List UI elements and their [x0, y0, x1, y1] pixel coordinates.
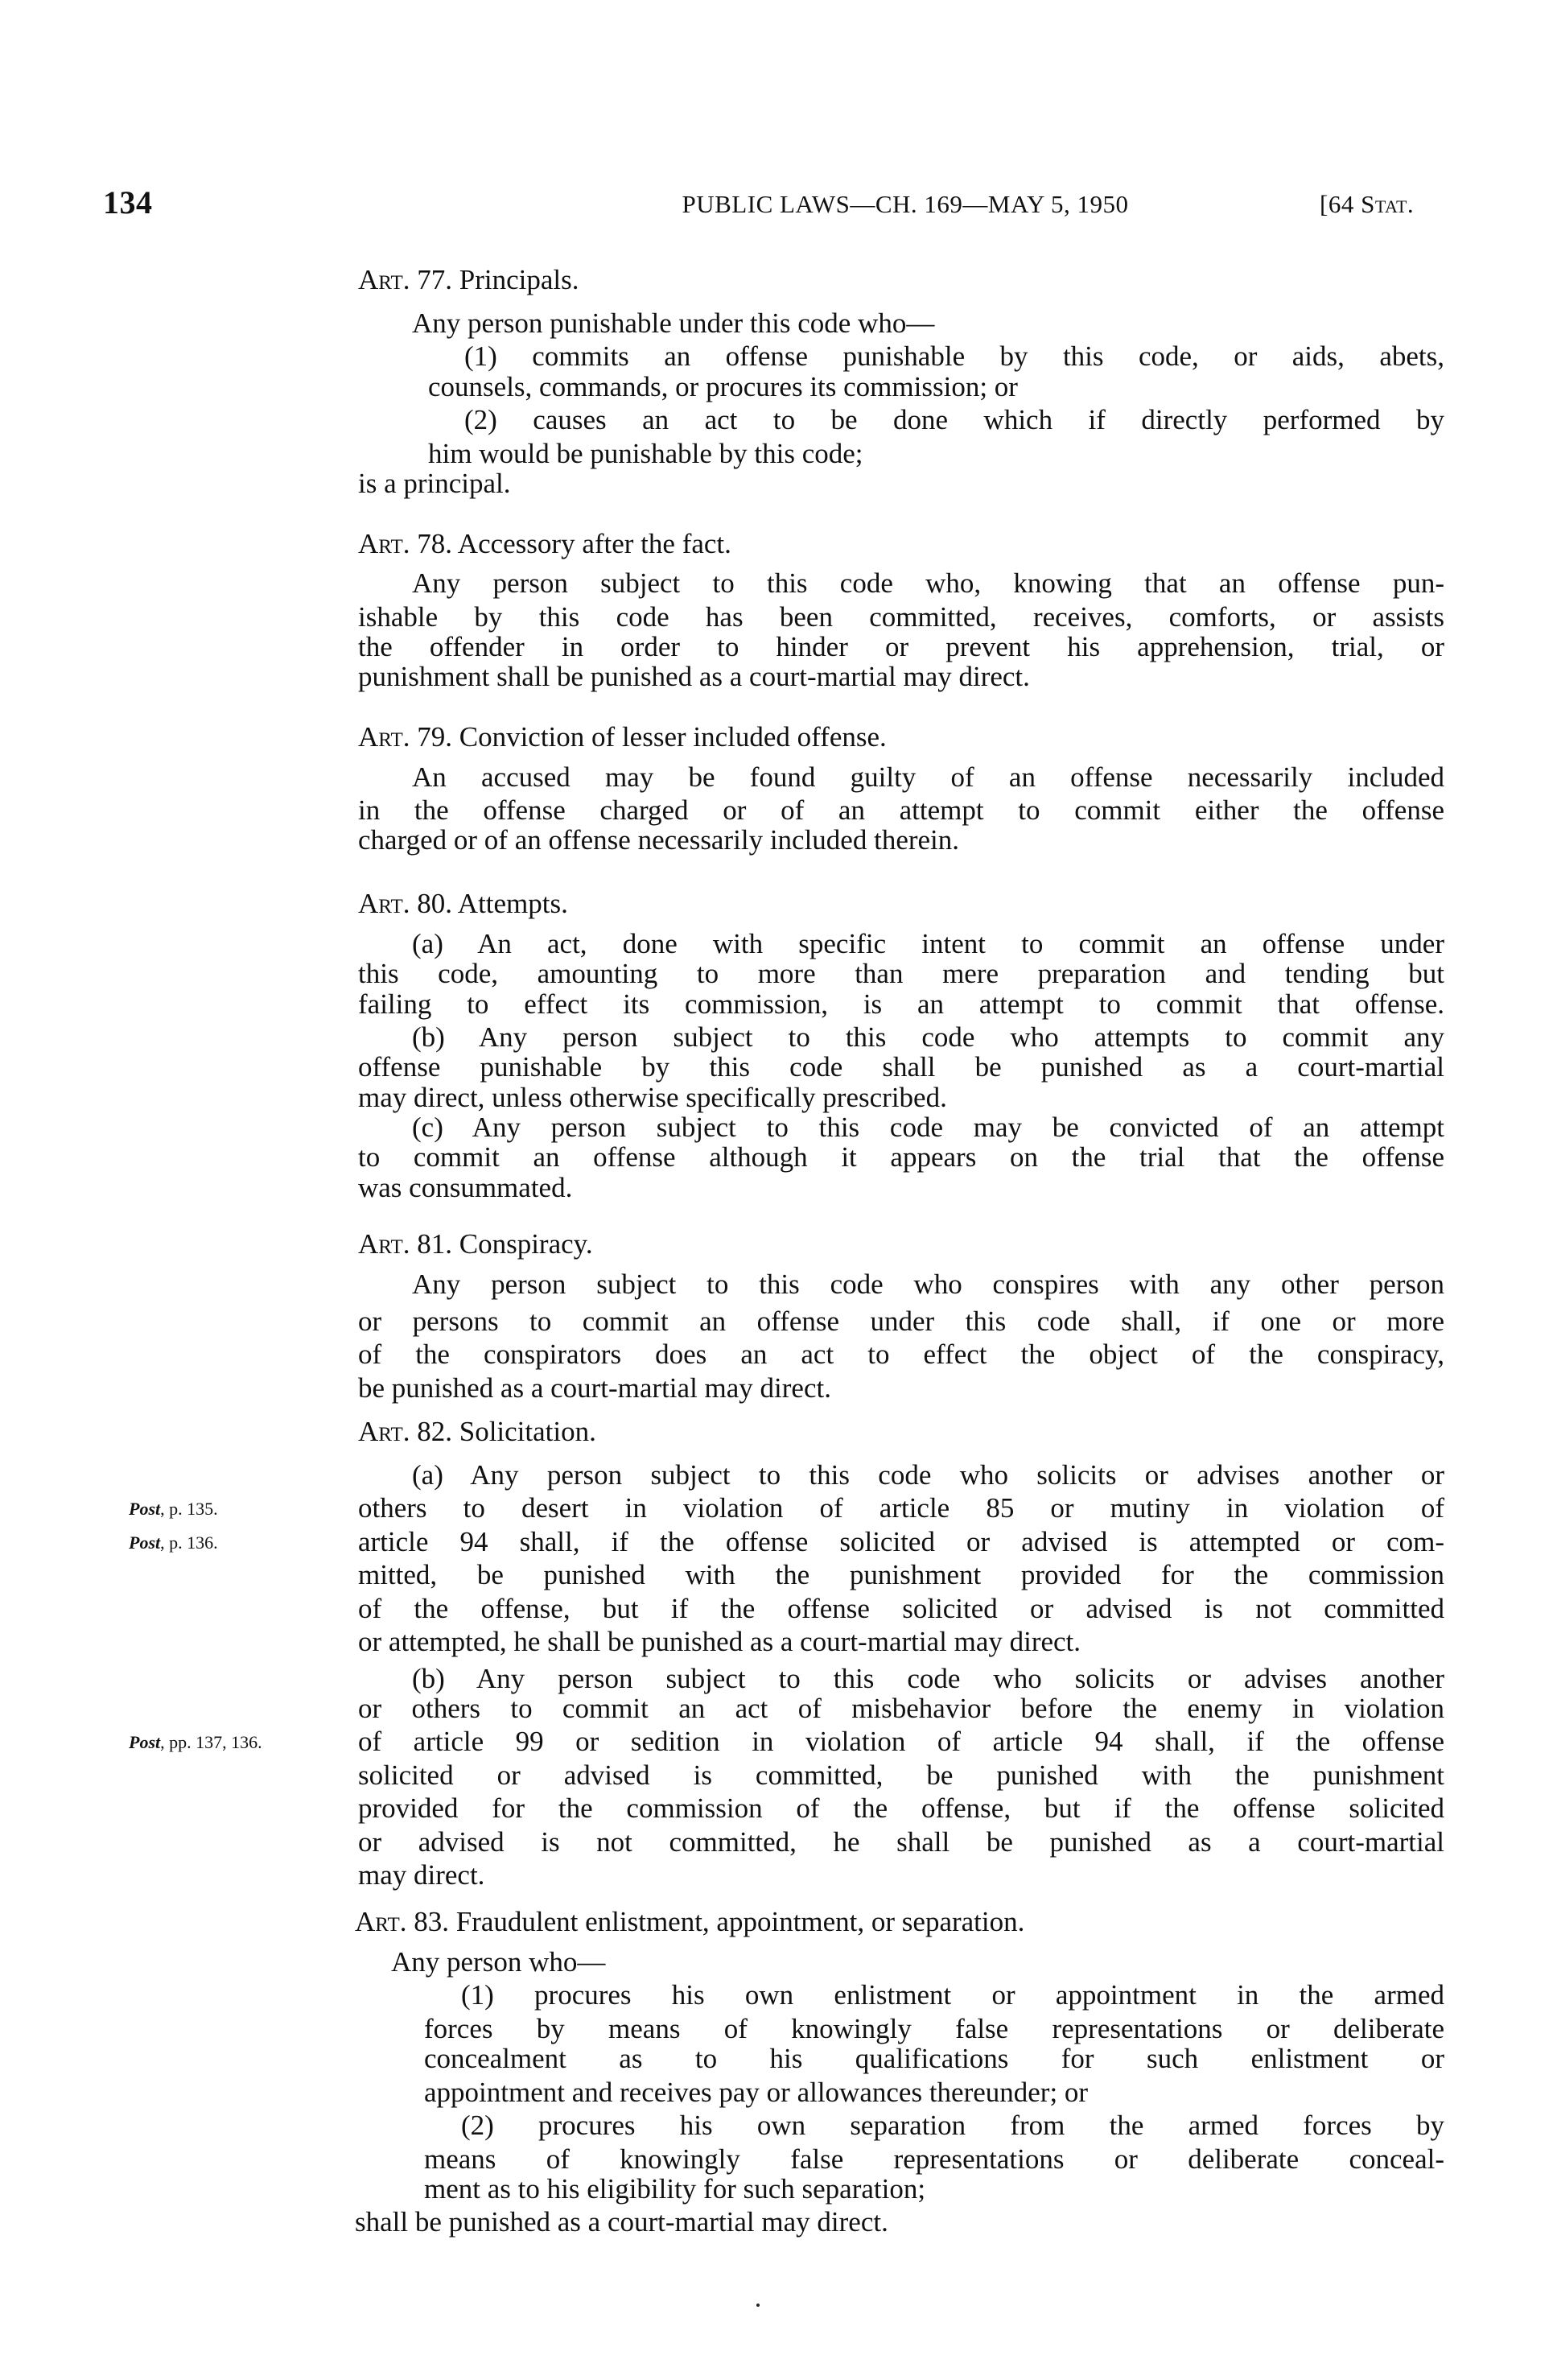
text-line: or persons to commit an offense under th… — [358, 1305, 1444, 1338]
text-line: forces by means of knowingly false repre… — [424, 2012, 1444, 2045]
article-title: 81. Conspiracy. — [417, 1228, 592, 1260]
text-line: article 94 shall, if the offense solicit… — [358, 1525, 1444, 1558]
text-line: of the offense, but if the offense solic… — [358, 1592, 1444, 1625]
text-line: (1) commits an offense punishable by thi… — [464, 340, 1444, 373]
text-line: charged or of an offense necessarily inc… — [358, 823, 1444, 856]
article-label: Art. — [358, 1416, 417, 1447]
text-line: means of knowingly false representations… — [424, 2143, 1444, 2176]
text-line: or advised is not committed, he shall be… — [358, 1825, 1444, 1858]
article-heading: Art. 77. Principals. — [358, 263, 1444, 296]
article-title: 78. Accessory after the fact. — [417, 528, 731, 559]
text-line: him would be punishable by this code; — [428, 437, 1444, 470]
text-line: ishable by this code has been committed,… — [358, 600, 1444, 633]
text-line: concealment as to his qualifications for… — [424, 2042, 1444, 2075]
text-line: Any person subject to this code who cons… — [412, 1268, 1444, 1301]
text-line: An accused may be found guilty of an off… — [412, 761, 1444, 794]
running-head: PUBLIC LAWS—CH. 169—MAY 5, 1950 — [620, 190, 1191, 219]
text-line: counsels, commands, or procures its comm… — [428, 370, 1444, 403]
article-label: Art. — [358, 1228, 417, 1260]
margin-note-text: , p. 135. — [160, 1499, 218, 1519]
text-line: failing to effect its commission, is an … — [358, 988, 1444, 1021]
text-line: be punished as a court-martial may direc… — [358, 1371, 1444, 1404]
article-label: Art. — [355, 1906, 414, 1937]
text-line: others to desert in violation of article… — [358, 1491, 1444, 1524]
article-heading: Art. 81. Conspiracy. — [358, 1227, 1444, 1260]
text-line: (1) procures his own enlistment or appoi… — [461, 1978, 1444, 2011]
text-line: this code, amounting to more than mere p… — [358, 957, 1444, 990]
text-line: or others to commit an act of misbehavio… — [358, 1692, 1444, 1725]
margin-note-post-137-136: Post, pp. 137, 136. — [129, 1732, 262, 1753]
text-line: may direct, unless otherwise specificall… — [358, 1081, 1444, 1114]
text-line: or attempted, he shall be punished as a … — [358, 1625, 1444, 1658]
text-line: ment as to his eligibility for such sepa… — [424, 2172, 1444, 2205]
text-line: was consummated. — [358, 1171, 1444, 1204]
article-title: 83. Fraudulent enlistment, appointment, … — [414, 1906, 1024, 1937]
print-speck — [756, 2304, 760, 2307]
volume-stat: Stat. — [1361, 190, 1414, 218]
page-number: 134 — [103, 184, 153, 221]
text-line: of article 99 or sedition in violation o… — [358, 1725, 1444, 1758]
article-title: 80. Attempts. — [417, 888, 568, 919]
article-heading: Art. 80. Attempts. — [358, 887, 1444, 920]
volume-number: [64 — [1320, 190, 1361, 218]
volume-reference: [64 Stat. — [1320, 190, 1414, 219]
text-line: provided for the commission of the offen… — [358, 1792, 1444, 1825]
text-line: may direct. — [358, 1858, 1444, 1891]
text-line: offense punishable by this code shall be… — [358, 1050, 1444, 1083]
text-line: in the offense charged or of an attempt … — [358, 794, 1444, 827]
margin-note-italic: Post — [129, 1499, 160, 1519]
article-heading: Art. 78. Accessory after the fact. — [358, 527, 1444, 560]
article-title: 79. Conviction of lesser included offens… — [417, 721, 887, 753]
article-label: Art. — [358, 264, 417, 295]
text-line: is a principal. — [358, 467, 1444, 500]
text-line: appointment and receives pay or allowanc… — [424, 2076, 1444, 2109]
text-line: (2) causes an act to be done which if di… — [464, 403, 1444, 436]
text-line: solicited or advised is committed, be pu… — [358, 1759, 1444, 1792]
margin-note-post-135: Post, p. 135. — [129, 1499, 218, 1520]
text-line: shall be punished as a court-martial may… — [355, 2205, 1444, 2238]
text-line: to commit an offense although it appears… — [358, 1141, 1444, 1174]
text-line: (b) Any person subject to this code who … — [412, 1021, 1444, 1054]
text-line: (2) procures his own separation from the… — [461, 2109, 1444, 2142]
margin-note-italic: Post — [129, 1532, 160, 1553]
text-line: mitted, be punished with the punishment … — [358, 1558, 1444, 1591]
text-line: (a) An act, done with specific intent to… — [412, 927, 1444, 960]
text-line: (c) Any person subject to this code may … — [412, 1111, 1444, 1144]
article-title: 82. Solicitation. — [417, 1416, 596, 1447]
article-heading: Art. 79. Conviction of lesser included o… — [358, 720, 1444, 753]
text-line: punishment shall be punished as a court-… — [358, 660, 1444, 693]
text-line: the offender in order to hinder or preve… — [358, 630, 1444, 663]
text-line: (a) Any person subject to this code who … — [412, 1458, 1444, 1491]
text-line: Any person who— — [391, 1945, 1444, 1978]
text-line: (b) Any person subject to this code who … — [412, 1662, 1444, 1695]
article-heading: Art. 83. Fraudulent enlistment, appointm… — [355, 1905, 1444, 1938]
margin-note-text: , p. 136. — [160, 1532, 218, 1553]
text-line: of the conspirators does an act to effec… — [358, 1338, 1444, 1371]
article-label: Art. — [358, 721, 417, 753]
article-heading: Art. 82. Solicitation. — [358, 1415, 1444, 1448]
margin-note-text: , pp. 137, 136. — [160, 1732, 262, 1752]
article-label: Art. — [358, 528, 417, 559]
margin-note-post-136: Post, p. 136. — [129, 1532, 218, 1553]
text-line: Any person subject to this code who, kno… — [412, 567, 1444, 600]
article-label: Art. — [358, 888, 417, 919]
margin-note-italic: Post — [129, 1732, 160, 1752]
article-title: 77. Principals. — [417, 264, 579, 295]
text-line: Any person punishable under this code wh… — [412, 307, 1444, 340]
